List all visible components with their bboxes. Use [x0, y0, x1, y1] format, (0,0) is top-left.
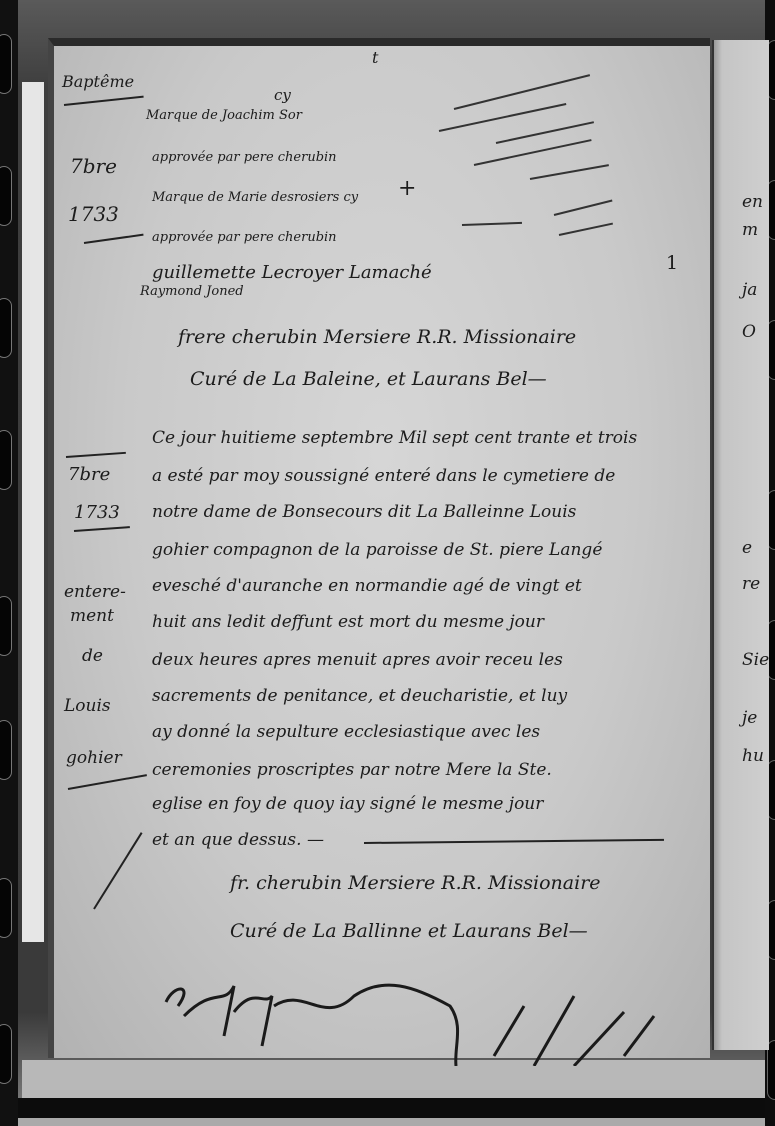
witness-signature-flourish [154, 966, 674, 1066]
fill-rule [364, 839, 664, 844]
priest-signature-line1: fr. cherubin Mersiere R.R. Missionaire [230, 872, 601, 894]
burial-line: notre dame de Bonsecours dit La Balleinn… [152, 502, 576, 522]
margin-rule [66, 452, 126, 458]
sprocket-hole [0, 596, 12, 656]
sprocket-hole [0, 878, 12, 938]
margin-rule [68, 774, 147, 790]
board-bottom-edge [22, 1060, 767, 1100]
film-strip-left [0, 0, 20, 1126]
margin-rule [64, 96, 144, 106]
cancel-stroke [559, 223, 613, 236]
cancel-stroke [554, 200, 613, 216]
fragment: re [742, 574, 760, 594]
burial-line: gohier compagnon de la paroisse de St. p… [152, 540, 602, 560]
baptism-line: Marque de Marie desrosiers cy [152, 190, 358, 205]
burial-line: evesché d'auranche en normandie agé de v… [152, 576, 582, 596]
baptism-signature: Raymond Joned [140, 284, 244, 299]
fragment: je [742, 708, 757, 728]
burial-margin-label: entere- [64, 582, 126, 602]
fragment: hu [742, 746, 764, 766]
burial-margin-label: de [82, 646, 103, 666]
baptism-line: approvée par pere cherubin [152, 150, 337, 165]
fragment: m [742, 220, 758, 240]
burial-line: huit ans ledit deffunt est mort du mesme… [152, 612, 544, 632]
baptism-signature: guillemette Lecroyer Lamaché [152, 262, 432, 283]
adjacent-page: en m ja O e re Sie je hu [712, 40, 769, 1050]
cross-mark: cy [274, 86, 291, 104]
closing-mark: 1 [666, 252, 678, 274]
baptism-line: approvée par pere cherubin [152, 230, 337, 245]
cancel-stroke [530, 164, 609, 180]
burial-line: Ce jour huitieme septembre Mil sept cent… [152, 428, 637, 448]
sprocket-hole [0, 166, 12, 226]
margin-rule [84, 234, 144, 244]
baptism-margin-month: 7bre [70, 154, 117, 178]
margin-rule [74, 526, 130, 532]
paper-edge [22, 82, 44, 942]
burial-margin-month: 7bre [68, 464, 110, 485]
priest-title-line2: Curé de La Baleine, et Laurans Bel— [190, 368, 547, 390]
film-bottom-strip [18, 1118, 775, 1126]
burial-margin-label: ment [70, 606, 114, 626]
burial-line: a esté par moy soussigné enteré dans le … [152, 466, 615, 486]
burial-line: deux heures apres menuit apres avoir rec… [152, 650, 563, 670]
margin-stroke [93, 832, 142, 909]
burial-line: sacrements de penitance, et deucharistie… [152, 686, 567, 706]
burial-line: et an que dessus. — [152, 830, 324, 850]
sprocket-hole [0, 430, 12, 490]
fragment: ja [742, 280, 757, 300]
sprocket-hole [0, 1024, 12, 1084]
burial-margin-name: Louis [64, 696, 111, 716]
register-page: t Baptême 7bre 1733 Marque de Joachim So… [48, 38, 710, 1058]
burial-margin-year: 1733 [74, 502, 120, 523]
fragment: en [742, 192, 763, 212]
fragment: Sie [742, 650, 769, 670]
cancel-stroke [474, 139, 592, 166]
burial-line: ceremonies proscriptes par notre Mere la… [152, 760, 552, 780]
burial-line: eglise en foy de quoy iay signé le mesme… [152, 794, 543, 814]
sprocket-hole [0, 298, 12, 358]
cancel-stroke [454, 74, 590, 110]
fragment: O [742, 322, 756, 342]
sprocket-hole [0, 720, 12, 780]
fragment: e [742, 538, 752, 558]
burial-margin-name: gohier [66, 748, 122, 768]
cross-mark: + [398, 176, 416, 201]
priest-signature-line2: Curé de La Ballinne et Laurans Bel— [230, 920, 588, 942]
burial-line: ay donné la sepulture ecclesiastique ave… [152, 722, 540, 742]
sprocket-hole [0, 34, 12, 94]
baptism-margin-label: Baptême [62, 72, 134, 91]
baptism-margin-year: 1733 [68, 202, 119, 226]
top-mark: t [372, 48, 378, 67]
priest-title-line1: frere cherubin Mersiere R.R. Missionaire [178, 326, 576, 348]
cancel-stroke [462, 222, 522, 226]
baptism-line: Marque de Joachim Sor [146, 108, 302, 123]
